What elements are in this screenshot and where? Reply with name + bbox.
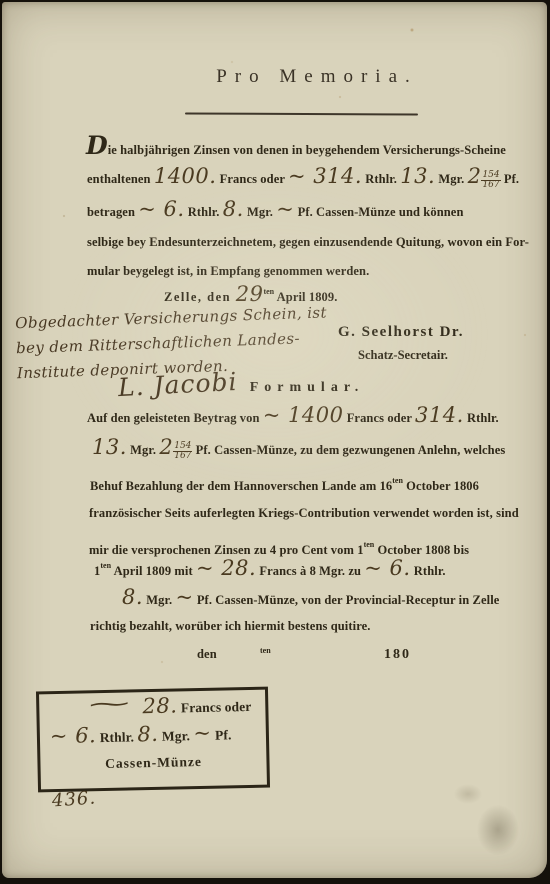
box-line-1: ~ 28. Francs oder (117, 692, 252, 719)
official-name: G. Seelhorst Dr. (338, 324, 464, 341)
formular-line-2: 13. Mgr. 2154167 Pf. Cassen-Münze, zu de… (92, 436, 505, 461)
handwritten-amount-francs: 1400. (154, 164, 217, 188)
intro-line-4: selbige bey Endesunterzeichnetem, gegen … (87, 231, 529, 253)
handwritten-amount-francs: 28. (135, 693, 178, 718)
text-segment: Francs oder (216, 172, 288, 186)
text-segment: Pf. (211, 727, 231, 742)
ordinal-suffix: ten (100, 561, 111, 570)
intro-line-3: betragen ~ 6. Rthlr. 8. Mgr. ~ Pf. Casse… (87, 198, 464, 223)
formular-heading: Formular. (202, 380, 412, 396)
text-segment: Pf. Cassen-Münze, von der Provincial-Rec… (194, 593, 500, 607)
text-segment: Zelle, den (164, 290, 236, 304)
handwritten-swash: ~ (84, 691, 135, 716)
formular-line-3: Behuf Bezahlung der dem Hannoverschen La… (90, 470, 479, 497)
handwritten-amount-pf: 2 (159, 435, 173, 459)
ordinal-suffix: ten (392, 476, 403, 485)
text-segment: Francs oder (343, 411, 415, 425)
text-segment: Francs à 8 Mgr. zu (256, 564, 364, 578)
formular-line-8: richtig bezahlt, worüber ich hiermit bes… (90, 615, 371, 637)
blank-date-den: den (197, 643, 217, 665)
official-role: Schatz-Secretair. (358, 348, 448, 363)
handwritten-amount-rthlr: ~ 314. (288, 164, 362, 188)
handwritten-amount-francs: ~ 1400 (263, 403, 344, 427)
text-segment: Rthlr. (411, 564, 446, 578)
intro-line-5: mular beygelegt ist, in Empfang genommen… (87, 260, 369, 282)
handwritten-amount-rthlr: ~ 6. (364, 556, 410, 580)
text-segment: Mgr. (127, 443, 159, 457)
dropcap-letter: D (86, 131, 108, 160)
text-segment: französischer Seits auferlegten Kriegs-C… (89, 506, 519, 520)
formular-line-7: 8. Mgr. ~ Pf. Cassen-Münze, von der Prov… (122, 586, 499, 611)
handwritten-dash: ~ (276, 197, 294, 221)
text-segment: April 1809 mit (111, 564, 196, 578)
text-segment: Behuf Bezahlung der dem Hannoverschen La… (90, 479, 392, 493)
fraction-denominator: 167 (173, 452, 192, 461)
handwritten-amount-pf: 2 (468, 164, 482, 188)
handwritten-amount-francs: ~ 28. (196, 556, 256, 580)
text-segment: Cassen-Münze (105, 754, 202, 771)
formular-line-6: 1ten April 1809 mit ~ 28. Francs à 8 Mgr… (94, 555, 446, 582)
handwritten-fraction: 154167 (173, 442, 192, 462)
text-segment: Auf den geleisteten Beytrag von (87, 411, 263, 425)
text-segment: Rthlr. (96, 729, 137, 745)
text-segment: Mgr. (143, 593, 175, 607)
title-underline (185, 112, 418, 115)
ordinal-suffix: ten (260, 646, 271, 655)
handwritten-amount-rthlr: 314. (415, 403, 464, 427)
handwritten-dash: ~ (193, 721, 212, 745)
text-segment: Mgr. (244, 205, 276, 219)
ordinal-suffix: ten (364, 540, 375, 549)
blank-date-180: 180 (384, 643, 411, 666)
handwritten-amount-mgr: 13. (92, 435, 127, 459)
text-segment: Pf. (501, 172, 519, 186)
text-segment: Francs oder (177, 699, 251, 716)
text-segment: Rthlr. (362, 172, 400, 186)
box-line-2: ~ 6. Rthlr. 8. Mgr. ~ Pf. (50, 720, 232, 748)
catalog-number: 436. (51, 787, 96, 811)
formular-line-4: französischer Seits auferlegten Kriegs-C… (89, 502, 519, 524)
intro-line-2: enthaltenen 1400. Francs oder ~ 314. Rth… (87, 165, 519, 190)
handwritten-amount-mgr: 13. (400, 164, 435, 188)
document-page: Pro Memoria. Die halbjährigen Zinsen von… (2, 2, 547, 878)
handwritten-amount-mgr: 8. (137, 722, 159, 746)
amount-summary-box: ~ 28. Francs oder ~ 6. Rthlr. 8. Mgr. ~ … (36, 687, 270, 793)
intro-line-1: Die halbjährigen Zinsen von denen in bey… (86, 135, 506, 161)
handwritten-amount-mgr: 8. (122, 585, 143, 609)
text-segment: richtig bezahlt, worüber ich hiermit bes… (90, 619, 371, 633)
blank-date-ten: ten (260, 640, 271, 667)
handwritten-amount: 8. (223, 197, 244, 221)
handwritten-amount: ~ 6. (138, 197, 184, 221)
ordinal-suffix: ten (263, 287, 274, 296)
formular-line-1: Auf den geleisteten Beytrag von ~ 1400 F… (87, 404, 499, 429)
photo-backdrop: Pro Memoria. Die halbjährigen Zinsen von… (0, 0, 550, 884)
text-segment: den (197, 647, 217, 661)
text-segment: 180 (384, 647, 411, 662)
text-segment: Mgr. (435, 172, 467, 186)
text-segment: Pf. Cassen-Münze, zu dem gezwungenen Anl… (192, 443, 505, 457)
text-segment: Rthlr. (464, 411, 499, 425)
handwritten-amount-rthlr: ~ 6. (50, 723, 97, 748)
text-segment: selbige bey Endesunterzeichnetem, gegen … (87, 235, 529, 249)
box-line-3: Cassen-Münze (40, 752, 266, 775)
text-segment: betragen (87, 205, 138, 219)
fraction-denominator: 167 (481, 181, 500, 190)
text-segment: mular beygelegt ist, in Empfang genommen… (87, 264, 369, 278)
handwritten-fraction: 154167 (481, 171, 500, 191)
handwritten-dash: ~ (175, 585, 193, 609)
text-segment: Rthlr. (185, 205, 223, 219)
text-segment: Mgr. (158, 728, 193, 744)
text-segment: enthaltenen (87, 172, 154, 186)
text-segment: October 1806 (403, 479, 479, 493)
intro-line-1-text: ie halbjährigen Zinsen von denen in beyg… (108, 143, 506, 157)
page-title: Pro Memoria. (172, 66, 462, 88)
text-segment: Pf. Cassen-Münze und können (294, 205, 463, 219)
